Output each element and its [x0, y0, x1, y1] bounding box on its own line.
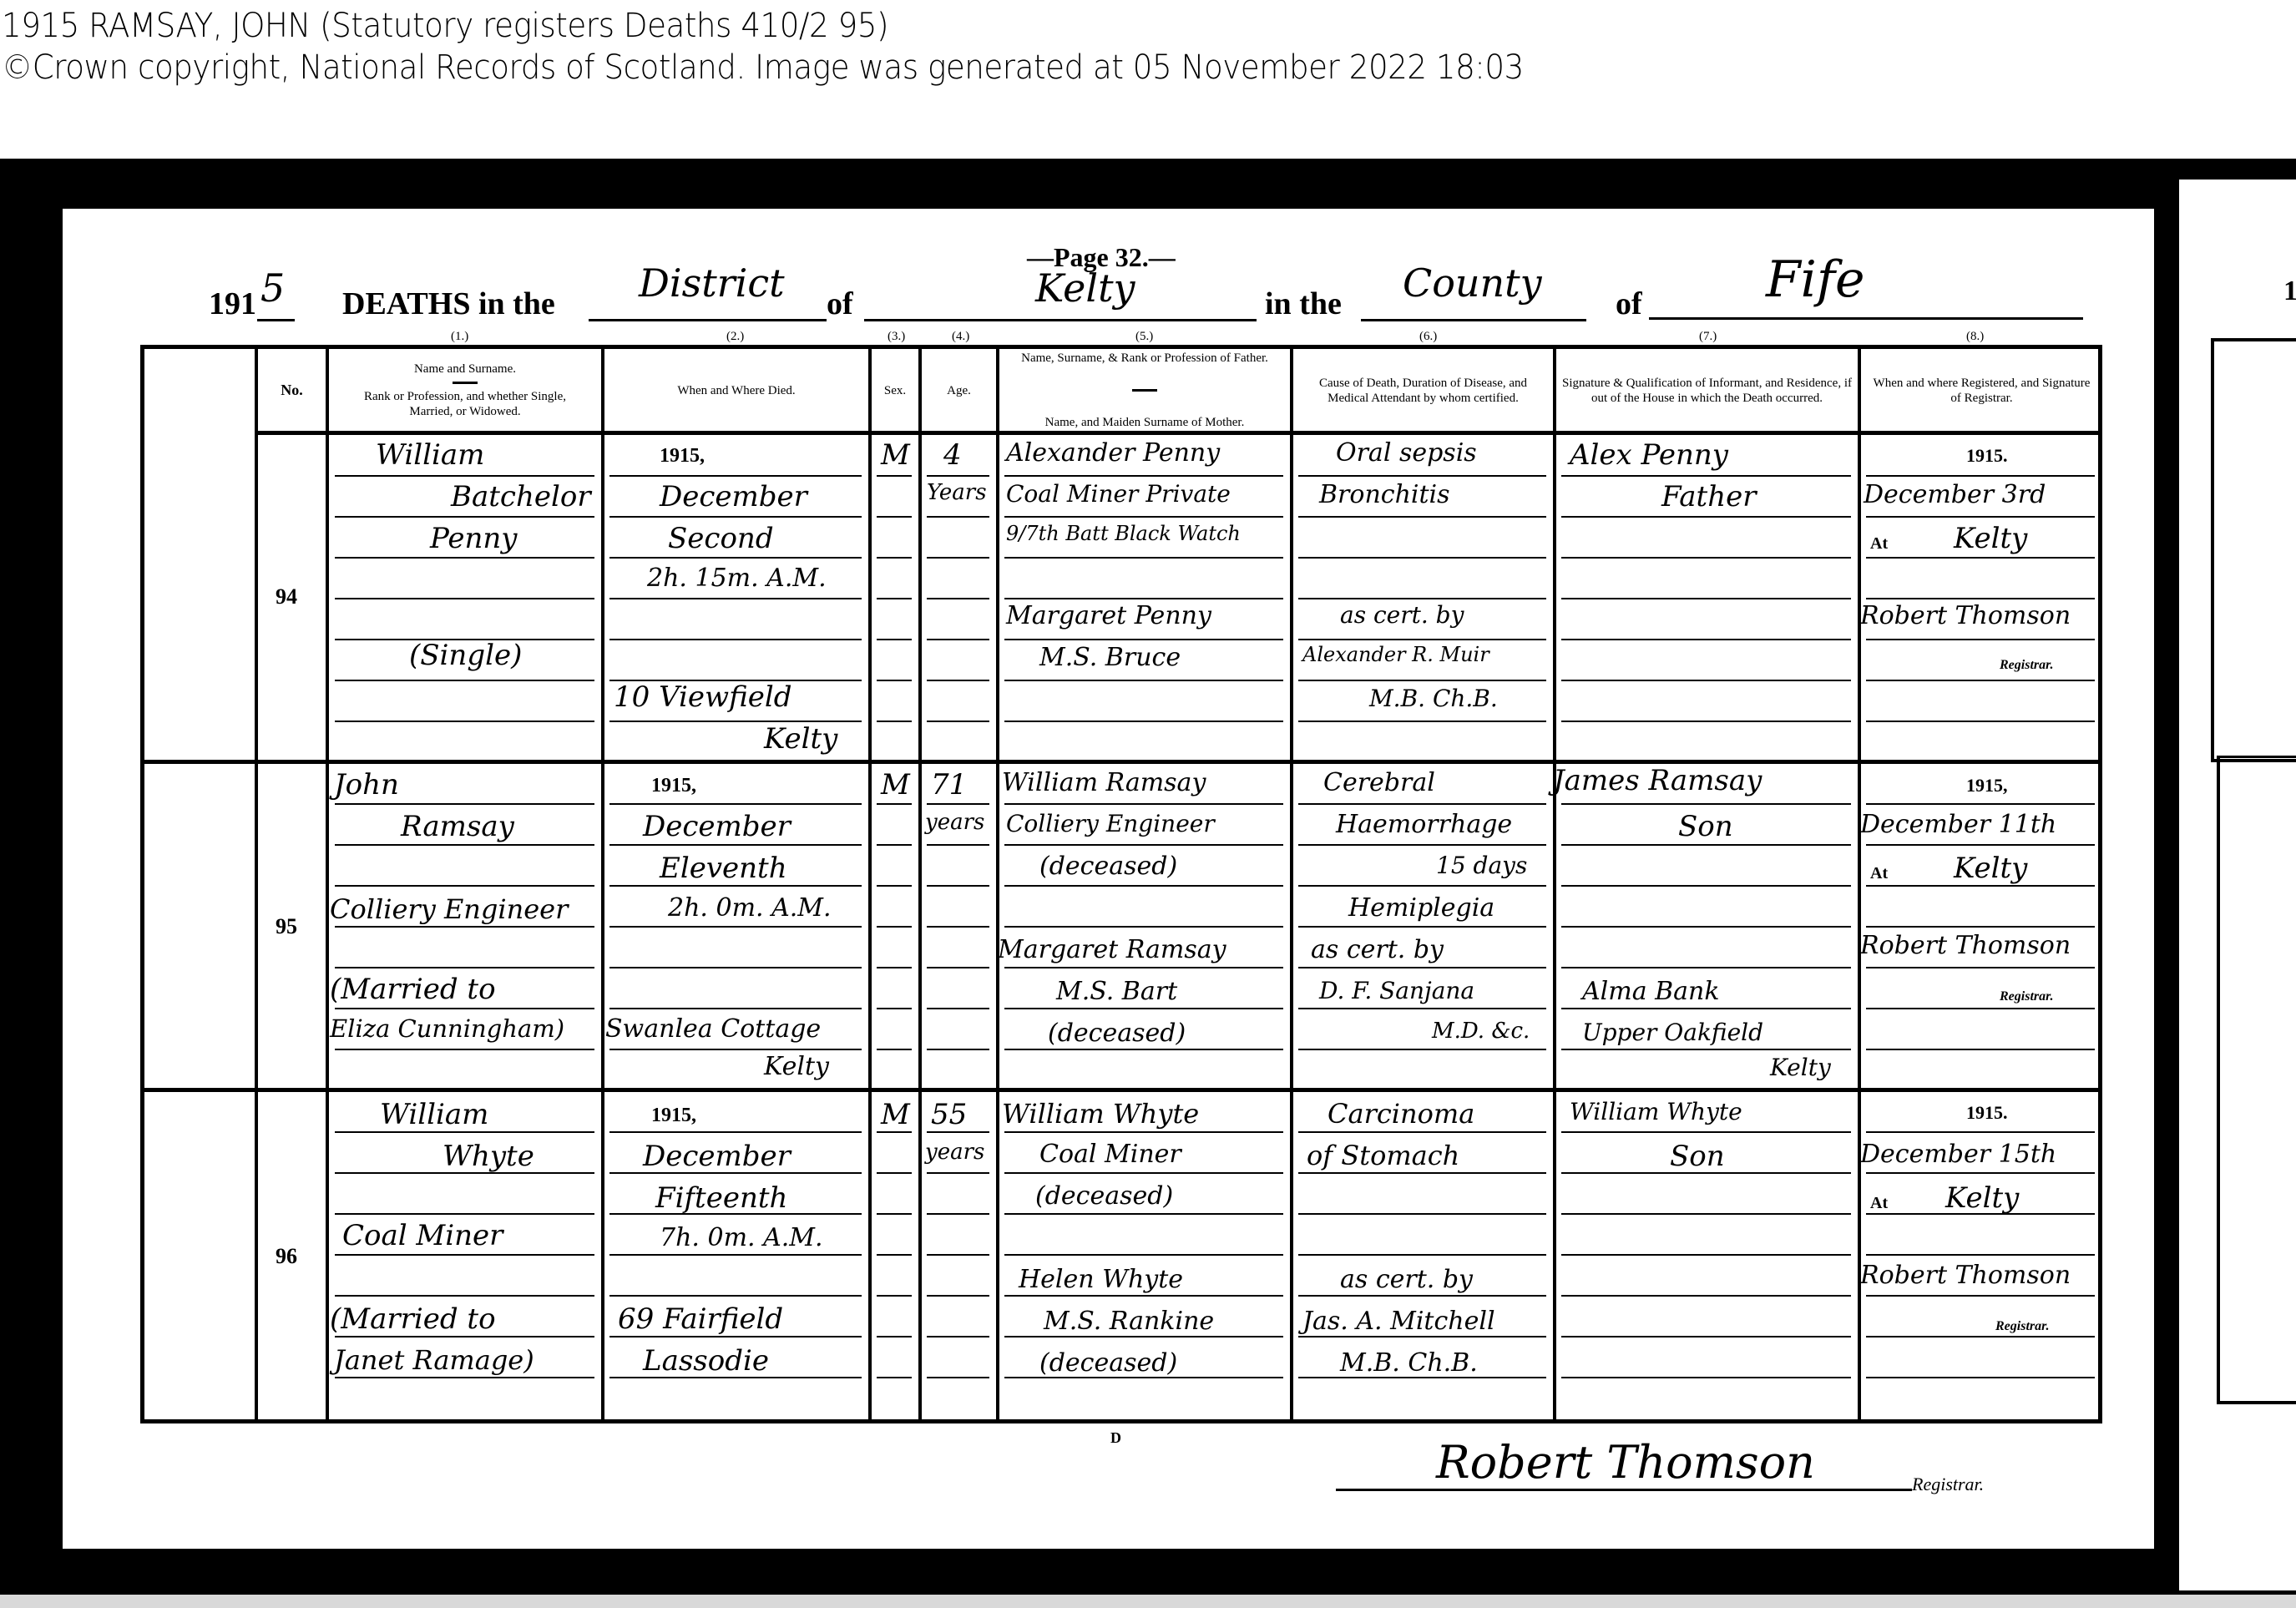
ruled-line — [877, 1254, 912, 1256]
spouse-name: Janet Ramage) — [334, 1344, 534, 1376]
entry-divider — [140, 760, 2102, 764]
certified-line: as cert. by — [1340, 601, 1464, 629]
ruled-line — [927, 1336, 989, 1337]
ruled-line — [1004, 844, 1283, 846]
ruled-line — [609, 1008, 862, 1009]
ruled-line — [1004, 926, 1283, 928]
column-number: (6.) — [1419, 330, 1437, 344]
ruled-line — [927, 926, 989, 928]
ruled-line — [609, 1336, 862, 1337]
ruled-line — [335, 803, 594, 805]
header-registered: When and where Registered, and Signature… — [1861, 351, 2102, 430]
next-page-table-box — [2217, 756, 2296, 1404]
registration-place: Kelty — [1945, 1181, 2019, 1215]
registrar-label: Registrar. — [2000, 989, 2053, 1004]
death-time: 2h. 0m. A.M. — [668, 893, 832, 923]
ruled-line — [1298, 516, 1546, 518]
ruled-line — [1298, 475, 1546, 477]
age-unit: years — [925, 810, 984, 835]
ruled-line — [877, 967, 912, 968]
county-underline — [1361, 319, 1586, 321]
header-no-label: No. — [281, 382, 303, 400]
column-number: (1.) — [451, 330, 468, 344]
bottom-strip — [0, 1595, 2296, 1608]
header-mother: Name, and Maiden Surname of Mother. — [1045, 415, 1245, 430]
informant-name: Alex Penny — [1570, 438, 1728, 472]
father-line: Coal Miner — [1039, 1140, 1181, 1169]
ruled-line — [1004, 1254, 1283, 1256]
ruled-line — [1004, 639, 1283, 640]
cause-line: Oral sepsis — [1336, 438, 1477, 468]
age-value: 71 — [931, 768, 967, 801]
column-number: (7.) — [1699, 330, 1717, 344]
ruled-line — [1866, 598, 2095, 599]
registration-place: Kelty — [1954, 852, 2027, 885]
mother-line: M.S. Rankine — [1044, 1307, 1214, 1336]
ruled-line — [1004, 721, 1283, 722]
year-printed: 191 — [209, 286, 256, 322]
record-title: 1915 RAMSAY, JOHN (Statutory registers D… — [2, 7, 888, 45]
ruled-line — [877, 1377, 912, 1378]
ruled-line — [1004, 1213, 1283, 1215]
ruled-line — [1298, 844, 1546, 846]
ruled-line — [1298, 1213, 1546, 1215]
in-the-label: in the — [1265, 286, 1342, 322]
ruled-line — [1004, 1131, 1283, 1133]
informant-qualification: Son — [1678, 810, 1733, 843]
mother-line: (deceased) — [1039, 1348, 1177, 1378]
ruled-line — [1561, 1377, 1851, 1378]
death-date-line: December — [643, 1140, 791, 1173]
informant-name: James Ramsay — [1553, 764, 1762, 797]
ruled-line — [1004, 885, 1283, 887]
ruled-line — [877, 1336, 912, 1337]
ruled-line — [1866, 1377, 2095, 1378]
ruled-line — [1561, 844, 1851, 846]
mother-line: M.S. Bruce — [1039, 643, 1181, 672]
ruled-line — [877, 1049, 912, 1050]
ruled-line — [877, 598, 912, 599]
marital-status: (Married to — [330, 1302, 496, 1336]
ruled-line — [1866, 926, 2095, 928]
deceased-name-line: Ramsay — [401, 810, 514, 843]
mother-line: Margaret Ramsay — [998, 935, 1226, 964]
ruled-line — [877, 1008, 912, 1009]
ruled-line — [927, 1172, 989, 1174]
ruled-line — [927, 803, 989, 805]
registration-year: 1915. — [1966, 1102, 2008, 1124]
ruled-line — [927, 1049, 989, 1050]
ruled-line — [927, 1131, 989, 1133]
ruled-line — [609, 475, 862, 477]
ruled-line — [1561, 1295, 1851, 1297]
death-date-line: Eleventh — [660, 852, 787, 885]
father-line: (deceased) — [1035, 1181, 1173, 1211]
ruled-line — [927, 844, 989, 846]
ruled-line — [335, 1254, 594, 1256]
ruled-line — [1004, 1008, 1283, 1009]
occupation: Coal Miner — [342, 1219, 503, 1252]
ruled-line — [609, 967, 862, 968]
ruled-line — [1298, 721, 1546, 722]
ruled-line — [927, 475, 989, 477]
ruled-line — [1298, 680, 1546, 681]
ruled-line — [1004, 967, 1283, 968]
ruled-line — [1866, 1295, 2095, 1297]
registrar-signature: Robert Thomson — [1860, 931, 2071, 960]
copyright-notice: ©Crown copyright, National Records of Sc… — [2, 48, 1524, 87]
ruled-line — [1561, 680, 1851, 681]
ruled-line — [335, 680, 594, 681]
ruled-line — [609, 844, 862, 846]
ruled-line — [609, 1254, 862, 1256]
ruled-line — [1004, 803, 1283, 805]
ruled-line — [1298, 1131, 1546, 1133]
ruled-line — [1866, 1008, 2095, 1009]
ruled-line — [1561, 926, 1851, 928]
father-line: Colliery Engineer — [1006, 810, 1215, 837]
ruled-line — [877, 803, 912, 805]
ruled-line — [877, 1172, 912, 1174]
county-name: Fife — [1766, 250, 1865, 309]
ruled-line — [1004, 598, 1283, 599]
ruled-line — [1004, 1295, 1283, 1297]
informant-residence-line: Kelty — [1770, 1054, 1831, 1081]
age-value: 4 — [943, 438, 962, 472]
ruled-line — [877, 475, 912, 477]
registrar-label: Registrar. — [1995, 1319, 2049, 1334]
ruled-line — [335, 721, 594, 722]
marital-status: (Married to — [330, 973, 496, 1006]
page-gutter — [2154, 180, 2166, 1590]
next-page-year-fragment: 1 — [2283, 276, 2296, 307]
age-unit: years — [925, 1140, 984, 1165]
marital-status: (Single) — [409, 639, 522, 672]
ruled-line — [1866, 1254, 2095, 1256]
registration-date: December 3rd — [1864, 480, 2046, 509]
of-label-2: of — [1616, 286, 1642, 322]
ruled-line — [335, 516, 594, 518]
ruled-line — [927, 1213, 989, 1215]
header-dash — [1132, 389, 1157, 392]
death-year: 1915, — [651, 1105, 696, 1127]
ruled-line — [1866, 844, 2095, 846]
father-line: 9/7th Batt Black Watch — [1006, 522, 1241, 545]
registration-at-label: At — [1870, 534, 1888, 554]
sex: M — [881, 438, 910, 472]
registrar-label: Registrar. — [2000, 658, 2053, 673]
cause-duration: 15 days — [1436, 852, 1527, 879]
ruled-line — [1298, 885, 1546, 887]
ruled-line — [609, 1131, 862, 1133]
ruled-line — [927, 967, 989, 968]
of-label: of — [827, 286, 853, 322]
ruled-line — [1561, 803, 1851, 805]
ruled-line — [335, 885, 594, 887]
page-mark: D — [1110, 1429, 1121, 1447]
ruled-line — [1298, 557, 1546, 559]
column-number: (3.) — [888, 330, 905, 344]
ruled-line — [1004, 557, 1283, 559]
informant-residence-line: Alma Bank — [1582, 977, 1720, 1006]
deceased-name-line: Whyte — [443, 1140, 534, 1173]
ruled-line — [1866, 516, 2095, 518]
informant-residence-line: Upper Oakfield — [1582, 1019, 1763, 1046]
ruled-line — [1004, 1336, 1283, 1337]
ruled-line — [1866, 475, 2095, 477]
ruled-line — [877, 639, 912, 640]
ruled-line — [1561, 557, 1851, 559]
ruled-line — [1866, 680, 2095, 681]
ruled-line — [1298, 1008, 1546, 1009]
ruled-line — [335, 475, 594, 477]
column-number: (4.) — [952, 330, 969, 344]
ruled-line — [877, 1131, 912, 1133]
entry-number: 95 — [276, 914, 297, 939]
header-sex-label: Sex. — [884, 383, 906, 398]
column-divider — [996, 345, 999, 1423]
death-year: 1915, — [651, 775, 696, 797]
death-place-line: Lassodie — [643, 1344, 769, 1378]
ruled-line — [927, 557, 989, 559]
header-no: No. — [258, 351, 326, 430]
ruled-line — [1298, 926, 1546, 928]
district-name-underline — [864, 319, 1257, 321]
district-type: District — [639, 260, 785, 306]
ruled-line — [335, 1377, 594, 1378]
deceased-name-line: William — [380, 1098, 488, 1131]
header-when-where: When and Where Died. — [604, 351, 868, 430]
column-number: (8.) — [1966, 330, 1984, 344]
certified-line: as cert. by — [1340, 1265, 1473, 1294]
death-place-line: Kelty — [764, 1052, 829, 1081]
registration-date: December 11th — [1860, 810, 2056, 839]
certified-line: D. F. Sanjana — [1319, 977, 1474, 1004]
mother-line: M.S. Bart — [1056, 977, 1177, 1006]
death-date-line: Fifteenth — [655, 1181, 787, 1215]
ruled-line — [609, 1049, 862, 1050]
ruled-line — [609, 557, 862, 559]
year-underline — [257, 319, 295, 321]
certified-line: M.B. Ch.B. — [1369, 685, 1498, 712]
header-name-bottom: Rank or Profession, and whether Single, … — [344, 389, 586, 419]
registration-year: 1915. — [1966, 445, 2008, 467]
ruled-line — [927, 721, 989, 722]
ruled-line — [335, 1049, 594, 1050]
column-divider — [255, 345, 258, 1423]
cause-line: Hemiplegia — [1348, 893, 1494, 923]
ruled-line — [1561, 1213, 1851, 1215]
death-time: 2h. 15m. A.M. — [647, 564, 827, 593]
informant-qualification: Father — [1661, 480, 1757, 513]
ruled-line — [1004, 1049, 1283, 1050]
entry-divider — [140, 1088, 2102, 1092]
registration-date: December 15th — [1860, 1140, 2056, 1169]
ruled-line — [1866, 803, 2095, 805]
death-year: 1915, — [660, 445, 705, 468]
ruled-line — [609, 639, 862, 640]
cause-line: Carcinoma — [1328, 1098, 1474, 1130]
header-informant-label: Signature & Qualification of Informant, … — [1561, 376, 1853, 406]
ruled-line — [335, 844, 594, 846]
ruled-line — [609, 803, 862, 805]
ruled-line — [335, 1336, 594, 1337]
header-age-label: Age. — [947, 383, 971, 398]
ruled-line — [1561, 598, 1851, 599]
ruled-line — [1561, 1131, 1851, 1133]
cause-line: Bronchitis — [1319, 480, 1450, 509]
column-number: (5.) — [1135, 330, 1153, 344]
ruled-line — [1561, 1008, 1851, 1009]
next-page-table-box — [2211, 338, 2296, 762]
cause-line: Haemorrhage — [1336, 810, 1512, 839]
ruled-line — [877, 680, 912, 681]
ruled-line — [927, 639, 989, 640]
ruled-line — [927, 1008, 989, 1009]
ruled-line — [1866, 557, 2095, 559]
ruled-line — [1298, 1172, 1546, 1174]
ruled-line — [1561, 1254, 1851, 1256]
ruled-line — [1298, 803, 1546, 805]
ruled-line — [927, 516, 989, 518]
registrar-signature: Robert Thomson — [1860, 601, 2071, 630]
ruled-line — [1004, 475, 1283, 477]
ruled-line — [1004, 1172, 1283, 1174]
county-name-underline — [1649, 317, 2083, 320]
ruled-line — [877, 1295, 912, 1297]
registration-year: 1915, — [1966, 775, 2008, 796]
registration-place: Kelty — [1954, 522, 2027, 555]
county-type: County — [1403, 260, 1542, 306]
ruled-line — [1561, 475, 1851, 477]
certified-line: Jas. A. Mitchell — [1302, 1307, 1495, 1336]
ruled-line — [1866, 1336, 2095, 1337]
header-sex: Sex. — [872, 351, 918, 430]
header-registered-label: When and where Registered, and Signature… — [1869, 376, 2095, 406]
header-dash — [453, 382, 478, 384]
registration-at-label: At — [1870, 1194, 1888, 1213]
mother-line: (deceased) — [1048, 1019, 1186, 1048]
ruled-line — [335, 1008, 594, 1009]
ruled-line — [927, 680, 989, 681]
ruled-line — [609, 885, 862, 887]
father-line: William Whyte — [1002, 1098, 1199, 1130]
ruled-line — [609, 598, 862, 599]
ruled-line — [1561, 1049, 1851, 1050]
sex: M — [881, 1098, 910, 1131]
ruled-line — [1866, 1172, 2095, 1174]
ruled-line — [1298, 598, 1546, 599]
ruled-line — [927, 1295, 989, 1297]
ruled-line — [335, 557, 594, 559]
ruled-line — [1004, 516, 1283, 518]
ruled-line — [335, 598, 594, 599]
age-value: 55 — [931, 1098, 967, 1131]
ruled-line — [877, 844, 912, 846]
ruled-line — [1561, 721, 1851, 722]
certified-line: M.B. Ch.B. — [1340, 1348, 1478, 1378]
deceased-name-line: William — [376, 438, 484, 472]
district-name: Kelty — [1035, 265, 1135, 311]
father-line: William Ramsay — [1002, 768, 1206, 797]
ruled-line — [1866, 1049, 2095, 1050]
death-date-line: December — [660, 480, 807, 513]
ruled-line — [1866, 1131, 2095, 1133]
ruled-line — [877, 926, 912, 928]
death-place-line: 69 Fairfield — [618, 1302, 783, 1336]
ruled-line — [1561, 639, 1851, 640]
certified-line: M.D. &c. — [1432, 1019, 1530, 1044]
death-place-line: 10 Viewfield — [614, 680, 792, 714]
registrar-signature: Robert Thomson — [1860, 1261, 2071, 1290]
deceased-name-line: Batchelor — [451, 480, 591, 513]
ruled-line — [335, 1131, 594, 1133]
entry-number: 96 — [276, 1244, 297, 1269]
mother-line: Margaret Penny — [1006, 601, 1211, 630]
column-divider — [1290, 345, 1293, 1423]
column-divider — [868, 345, 872, 1423]
father-line: (deceased) — [1039, 852, 1177, 881]
signature-underline — [1336, 1489, 1912, 1491]
year-written: 5 — [260, 265, 285, 311]
column-divider — [326, 345, 329, 1423]
deceased-name-line: John — [334, 768, 399, 801]
column-number: (2.) — [726, 330, 744, 344]
father-line: Coal Miner Private — [1006, 480, 1231, 508]
ruled-line — [335, 926, 594, 928]
ruled-line — [927, 885, 989, 887]
column-divider — [1553, 345, 1556, 1423]
informant-name: William Whyte — [1570, 1098, 1742, 1125]
death-date-line: December — [643, 810, 791, 843]
registration-at-label: At — [1870, 864, 1888, 883]
ruled-line — [877, 885, 912, 887]
ruled-line — [1298, 1336, 1546, 1337]
ruled-line — [1298, 1254, 1546, 1256]
ruled-line — [335, 1295, 594, 1297]
father-line: Alexander Penny — [1006, 438, 1220, 468]
certified-line: as cert. by — [1311, 935, 1444, 964]
ruled-line — [1298, 1295, 1546, 1297]
header-father: Name, Surname, & Rank or Profession of F… — [1003, 351, 1287, 366]
header-informant: Signature & Qualification of Informant, … — [1556, 351, 1858, 430]
ruled-line — [1298, 967, 1546, 968]
header-cause: Cause of Death, Duration of Disease, and… — [1293, 351, 1553, 430]
cause-line: of Stomach — [1307, 1140, 1459, 1171]
ruled-line — [1561, 967, 1851, 968]
header-when-where-label: When and Where Died. — [677, 383, 795, 398]
informant-qualification: Son — [1670, 1140, 1725, 1173]
death-place-line: Swanlea Cottage — [605, 1014, 821, 1044]
header-name-top: Name and Surname. — [414, 362, 516, 377]
ruled-line — [1298, 1049, 1546, 1050]
registrar-page-label: Registrar. — [1912, 1474, 1984, 1495]
ruled-line — [1866, 885, 2095, 887]
header-divider — [255, 431, 2102, 435]
certified-line: Alexander R. Muir — [1302, 643, 1489, 666]
ruled-line — [1004, 680, 1283, 681]
mother-line: Helen Whyte — [1019, 1265, 1183, 1294]
ruled-line — [609, 1295, 862, 1297]
spouse-name: Eliza Cunningham) — [330, 1014, 564, 1043]
column-divider — [918, 345, 922, 1423]
ruled-line — [1561, 516, 1851, 518]
header-parents: Name, Surname, & Rank or Profession of F… — [999, 351, 1290, 430]
registrar-page-signature: Robert Thomson — [1436, 1436, 1815, 1489]
ruled-line — [1866, 639, 2095, 640]
ruled-line — [1866, 967, 2095, 968]
ruled-line — [1298, 639, 1546, 640]
